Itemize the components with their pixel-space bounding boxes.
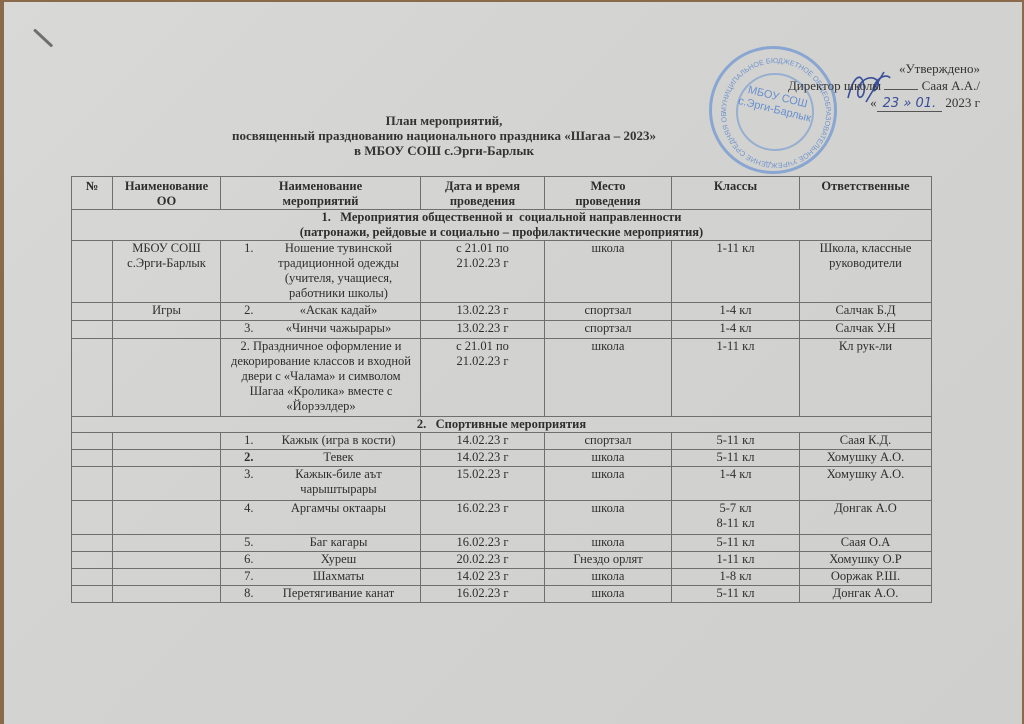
event-number: 6.	[228, 552, 264, 567]
table-row: 1.Кажык (игра в кости)14.02.23 гспортзал…	[72, 433, 932, 450]
cell-org: МБОУ СОШ с.Эрги-Барлык	[113, 241, 221, 303]
cell-date: 16.02.23 г	[421, 535, 545, 552]
event-name: Кажык-биле аът чарыштырары	[264, 467, 414, 497]
cell-responsible: Саая К.Д.	[800, 433, 932, 450]
cell-number	[72, 501, 113, 535]
title-line-2: посвященный празднованию национального п…	[4, 128, 884, 143]
cell-event: 6.Хуреш	[221, 552, 421, 569]
event-name: Ношение тувинской традиционной одежды (у…	[264, 241, 414, 301]
cell-classes: 1-11 кл	[672, 552, 800, 569]
cell-date: 14.02.23 г	[421, 433, 545, 450]
cell-responsible: Школа, классные руководители	[800, 241, 932, 303]
cell-event: 1.Ношение тувинской традиционной одежды …	[221, 241, 421, 303]
cell-place: спортзал	[545, 321, 672, 339]
cell-number	[72, 467, 113, 501]
approval-date: «23 » 01. 2023 г	[870, 94, 980, 112]
cell-responsible: Донгак А.О	[800, 501, 932, 535]
cell-number	[72, 433, 113, 450]
section-title-line-2: (патронажи, рейдовые и социально – профи…	[75, 225, 928, 240]
event-name: Перетягивание канат	[264, 586, 414, 601]
date-prefix: «	[870, 95, 877, 110]
cell-org	[113, 450, 221, 467]
event-name: Тевек	[264, 450, 414, 465]
cell-event: 3.«Чинчи чажырары»	[221, 321, 421, 339]
event-name: 2. Праздничное оформление и декорировани…	[231, 339, 411, 413]
cell-date: 13.02.23 г	[421, 303, 545, 321]
table-row: 7.Шахматы14.02 23 гшкола1-8 клОоржак Р.Ш…	[72, 569, 932, 586]
cell-date: с 21.01 по 21.02.23 г	[421, 339, 545, 417]
cell-date: 16.02.23 г	[421, 586, 545, 603]
section-header-row: 2. Спортивные мероприятия	[72, 417, 932, 433]
section-title-line-1: 1. Мероприятия общественной и социальной…	[75, 210, 928, 225]
cell-number	[72, 586, 113, 603]
cell-classes: 5-7 кл 8-11 кл	[672, 501, 800, 535]
document-page: МУНИЦИПАЛЬНОЕ БЮДЖЕТНОЕ ОБЩЕОБРАЗОВАТЕЛЬ…	[4, 2, 1022, 724]
cell-event: 2.«Аскак кадай»	[221, 303, 421, 321]
event-name: «Аскак кадай»	[264, 303, 414, 318]
cell-number	[72, 535, 113, 552]
cell-org	[113, 569, 221, 586]
event-number: 7.	[228, 569, 264, 584]
cell-event: 5.Баг кагары	[221, 535, 421, 552]
section-title: 2. Спортивные мероприятия	[72, 417, 932, 433]
section-title-line-1: 2. Спортивные мероприятия	[75, 417, 928, 432]
event-number: 1.	[228, 241, 264, 256]
cell-place: школа	[545, 241, 672, 303]
table-row: 3.Кажык-биле аът чарыштырары15.02.23 гшк…	[72, 467, 932, 501]
cell-responsible: Салчак Б.Д	[800, 303, 932, 321]
event-number: 3.	[228, 321, 264, 336]
cell-responsible: Хомушку О.Р	[800, 552, 932, 569]
cell-classes: 1-4 кл	[672, 321, 800, 339]
cell-classes: 1-4 кл	[672, 467, 800, 501]
cell-classes: 5-11 кл	[672, 535, 800, 552]
header-date: Дата и время проведения	[421, 177, 545, 210]
cell-org	[113, 339, 221, 417]
table-row: 2.Тевек14.02.23 гшкола5-11 клХомушку А.О…	[72, 450, 932, 467]
event-name: «Чинчи чажырары»	[264, 321, 414, 336]
event-number: 4.	[228, 501, 264, 516]
cell-classes: 5-11 кл	[672, 433, 800, 450]
cell-responsible: Хомушку А.О.	[800, 450, 932, 467]
event-name: Баг кагары	[264, 535, 414, 550]
event-number: 3.	[228, 467, 264, 482]
cell-event: 1.Кажык (игра в кости)	[221, 433, 421, 450]
cell-classes: 1-11 кл	[672, 339, 800, 417]
cell-org	[113, 535, 221, 552]
date-handwritten: 23 » 01.	[877, 96, 943, 112]
table-row: 6.Хуреш20.02.23 гГнездо орлят1-11 клХому…	[72, 552, 932, 569]
cell-classes: 5-11 кл	[672, 586, 800, 603]
cell-responsible: Хомушку А.О.	[800, 467, 932, 501]
cell-place: школа	[545, 535, 672, 552]
cell-place: школа	[545, 501, 672, 535]
header-org: Наименование ОО	[113, 177, 221, 210]
header-number: №	[72, 177, 113, 210]
cell-number	[72, 241, 113, 303]
cell-org	[113, 552, 221, 569]
cell-event: 3.Кажык-биле аът чарыштырары	[221, 467, 421, 501]
table-header-row: № Наименование ОО Наименование мероприят…	[72, 177, 932, 210]
event-number: 1.	[228, 433, 264, 448]
cell-responsible: Ооржак Р.Ш.	[800, 569, 932, 586]
cell-place: школа	[545, 586, 672, 603]
cell-responsible: Донгак А.О.	[800, 586, 932, 603]
date-year: 2023 г	[945, 95, 980, 110]
approval-block: «Утверждено» Директор школы Саая А.А./ «…	[788, 60, 980, 112]
cell-number	[72, 321, 113, 339]
cell-classes: 1-8 кл	[672, 569, 800, 586]
header-responsible: Ответственные	[800, 177, 932, 210]
cell-classes: 1-11 кл	[672, 241, 800, 303]
cell-place: спортзал	[545, 303, 672, 321]
cell-number	[72, 552, 113, 569]
document-title: План мероприятий, посвященный празднован…	[4, 113, 884, 158]
title-line-1: План мероприятий,	[4, 113, 884, 128]
approval-label: «Утверждено»	[788, 60, 980, 77]
cell-place: школа	[545, 569, 672, 586]
header-classes: Классы	[672, 177, 800, 210]
event-name: Шахматы	[264, 569, 414, 584]
cell-place: школа	[545, 339, 672, 417]
director-title: Директор школы	[788, 78, 881, 93]
event-number: 2.	[228, 450, 264, 465]
cell-number	[72, 303, 113, 321]
event-number: 5.	[228, 535, 264, 550]
cell-date: 15.02.23 г	[421, 467, 545, 501]
cell-date: 20.02.23 г	[421, 552, 545, 569]
section-title: 1. Мероприятия общественной и социальной…	[72, 210, 932, 241]
cell-event: 2.Тевек	[221, 450, 421, 467]
table-row: Игры2.«Аскак кадай»13.02.23 гспортзал1-4…	[72, 303, 932, 321]
scratch-mark	[33, 28, 53, 47]
cell-classes: 1-4 кл	[672, 303, 800, 321]
cell-place: спортзал	[545, 433, 672, 450]
cell-responsible: Салчак У.Н	[800, 321, 932, 339]
header-event: Наименование мероприятий	[221, 177, 421, 210]
cell-date: 14.02.23 г	[421, 450, 545, 467]
header-place: Место проведения	[545, 177, 672, 210]
cell-event: 4.Аргамчы октаары	[221, 501, 421, 535]
cell-date: с 21.01 по 21.02.23 г	[421, 241, 545, 303]
event-name: Аргамчы октаары	[264, 501, 414, 516]
table-row: МБОУ СОШ с.Эрги-Барлык1.Ношение тувинско…	[72, 241, 932, 303]
event-name: Хуреш	[264, 552, 414, 567]
table-row: 5.Баг кагары16.02.23 гшкола5-11 клСаая О…	[72, 535, 932, 552]
cell-place: школа	[545, 467, 672, 501]
cell-number	[72, 450, 113, 467]
cell-place: Гнездо орлят	[545, 552, 672, 569]
cell-responsible: Кл рук-ли	[800, 339, 932, 417]
cell-place: школа	[545, 450, 672, 467]
table-row: 3.«Чинчи чажырары»13.02.23 гспортзал1-4 …	[72, 321, 932, 339]
cell-event: 7.Шахматы	[221, 569, 421, 586]
cell-org	[113, 467, 221, 501]
director-line: Директор школы Саая А.А./	[788, 77, 980, 94]
cell-org	[113, 433, 221, 450]
cell-number	[72, 339, 113, 417]
table-row: 4.Аргамчы октаары16.02.23 гшкола5-7 кл 8…	[72, 501, 932, 535]
event-number: 8.	[228, 586, 264, 601]
cell-event: 8.Перетягивание канат	[221, 586, 421, 603]
section-header-row: 1. Мероприятия общественной и социальной…	[72, 210, 932, 241]
event-name: Кажык (игра в кости)	[264, 433, 414, 448]
table-row: 2. Праздничное оформление и декорировани…	[72, 339, 932, 417]
table-row: 8.Перетягивание канат16.02.23 гшкола5-11…	[72, 586, 932, 603]
cell-org	[113, 586, 221, 603]
cell-responsible: Саая О.А	[800, 535, 932, 552]
cell-org: Игры	[113, 303, 221, 321]
title-line-3: в МБОУ СОШ с.Эрги-Барлык	[4, 143, 884, 158]
cell-classes: 5-11 кл	[672, 450, 800, 467]
director-name: Саая А.А./	[922, 78, 980, 93]
cell-org	[113, 321, 221, 339]
cell-org	[113, 501, 221, 535]
cell-date: 14.02 23 г	[421, 569, 545, 586]
cell-event: 2. Праздничное оформление и декорировани…	[221, 339, 421, 417]
cell-date: 16.02.23 г	[421, 501, 545, 535]
cell-date: 13.02.23 г	[421, 321, 545, 339]
cell-number	[72, 569, 113, 586]
event-number: 2.	[228, 303, 264, 318]
events-table: № Наименование ОО Наименование мероприят…	[71, 176, 932, 603]
